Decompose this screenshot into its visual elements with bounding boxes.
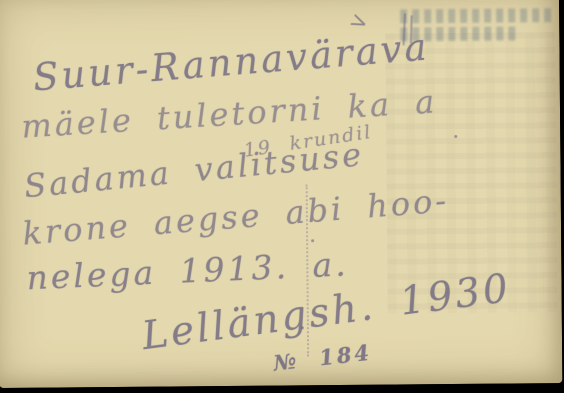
scan-frame: > Suur-Rannavärava mäele tuletorni ka a … [0, 0, 564, 393]
handwritten-number: № 184 [272, 340, 373, 376]
ink-dot [311, 239, 314, 242]
faded-stamp-row [400, 8, 552, 23]
handwritten-line-5: nelega 1913. a. [26, 244, 350, 297]
postcard: > Suur-Rannavärava mäele tuletorni ka a … [0, 0, 562, 388]
ink-dot [301, 326, 304, 329]
ink-dot [454, 135, 457, 138]
